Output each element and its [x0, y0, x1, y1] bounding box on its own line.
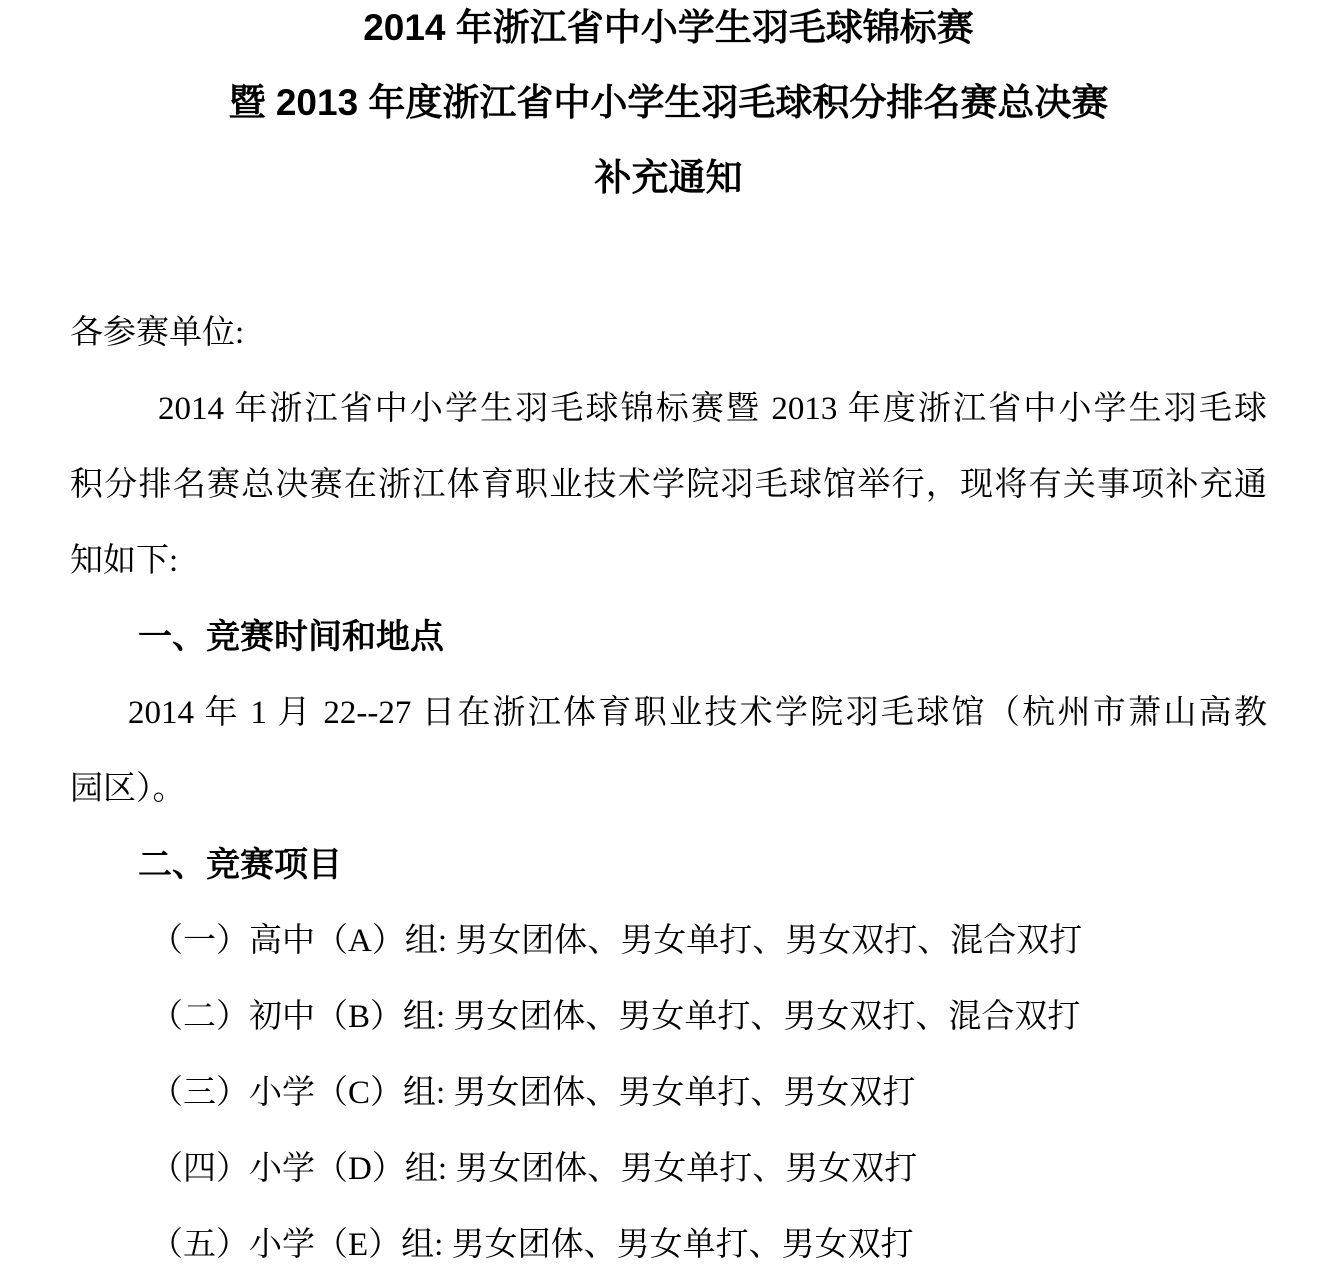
event-item-2: （二）初中（B）组: 男女团体、男女单打、男女双打、混合双打 — [70, 979, 1267, 1055]
event-item-4: （四）小学（D）组: 男女团体、男女单打、男女双打 — [70, 1131, 1267, 1207]
title-line-1: 2014 年浙江省中小学生羽毛球锦标赛 — [70, 0, 1267, 65]
title-line-3: 补充通知 — [70, 140, 1267, 215]
intro-line-2: 积分排名赛总决赛在浙江体育职业技术学院羽毛球馆举行，现将有关事项补充通 — [70, 447, 1267, 523]
intro-line-1: 2014 年浙江省中小学生羽毛球锦标赛暨 2013 年度浙江省中小学生羽毛球 — [70, 371, 1267, 447]
event-item-1: （一）高中（A）组: 男女团体、男女单打、男女双打、混合双打 — [70, 903, 1267, 979]
intro-line-3: 知如下: — [70, 523, 1267, 599]
salutation: 各参赛单位: — [70, 295, 1267, 371]
title-line-2: 暨 2013 年度浙江省中小学生羽毛球积分排名赛总决赛 — [70, 65, 1267, 140]
event-item-3: （三）小学（C）组: 男女团体、男女单打、男女双打 — [70, 1055, 1267, 1131]
section1-heading: 一、竞赛时间和地点 — [70, 599, 1267, 675]
event-item-5: （五）小学（E）组: 男女团体、男女单打、男女双打 — [70, 1207, 1267, 1276]
document-title: 2014 年浙江省中小学生羽毛球锦标赛 暨 2013 年度浙江省中小学生羽毛球积… — [70, 0, 1267, 215]
document-page: 2014 年浙江省中小学生羽毛球锦标赛 暨 2013 年度浙江省中小学生羽毛球积… — [0, 0, 1333, 1276]
document-body: 各参赛单位: 2014 年浙江省中小学生羽毛球锦标赛暨 2013 年度浙江省中小… — [70, 295, 1267, 1276]
section2-heading: 二、竞赛项目 — [70, 827, 1267, 903]
section1-line-2: 园区）。 — [70, 751, 1267, 827]
section1-line-1: 2014 年 1 月 22--27 日在浙江体育职业技术学院羽毛球馆（杭州市萧山… — [70, 675, 1267, 751]
